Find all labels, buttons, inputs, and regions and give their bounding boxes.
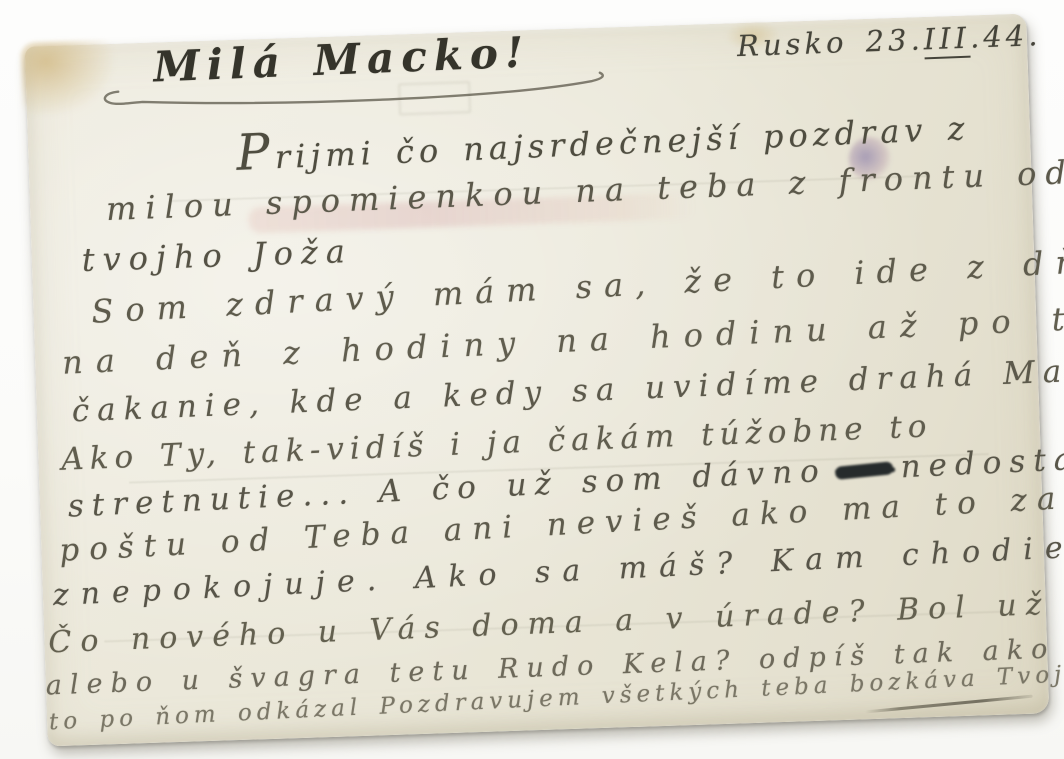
dateline-year: .44. (969, 18, 1042, 55)
dateline: Rusko 23.III.44. (736, 20, 1041, 63)
crossed-out-scribble (834, 461, 893, 480)
dateline-place-day: Rusko 23. (736, 22, 924, 63)
line-text-after-correction: nedostal (900, 440, 1064, 485)
signature-flourish (865, 695, 1033, 714)
handwriting-line: tvojho Joža (81, 234, 353, 278)
dateline-month: III (923, 21, 971, 60)
postcard: Milá Macko! Rusko 23.III.44. Prijmi čo n… (25, 14, 1050, 747)
scanned-photo-background: Milá Macko! Rusko 23.III.44. Prijmi čo n… (0, 0, 1064, 759)
